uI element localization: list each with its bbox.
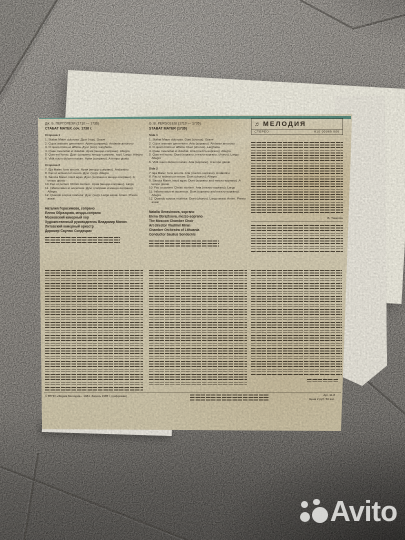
album-title-ru: СТАБАТ МАТЕР, соч. 1736 г. bbox=[45, 127, 143, 131]
side2-label-ru: Сторона 2 bbox=[45, 164, 143, 167]
column-russian: Дж. Б. ПЕРГОЛЕЗИ (1710 — 1736) СТАБАТ МА… bbox=[45, 112, 143, 243]
side1-label-en: Side 1 bbox=[149, 134, 247, 137]
footer-plant-info bbox=[190, 395, 269, 402]
footer-price: Цена 2 руб. 50 коп. bbox=[309, 398, 335, 402]
list-item: 5. Quis est homo. Дуэт (сопрано, меццо-с… bbox=[45, 153, 143, 157]
melodiya-emblem-icon: ♬ bbox=[255, 121, 261, 127]
list-item: 9. Sancta Mater, istud agas. Дуэт (сопра… bbox=[45, 175, 143, 182]
composer-line-en: G. B. PERGOLESI (1710 — 1736) bbox=[149, 122, 247, 126]
list-item: Дирижер Саулюс Сондецкис bbox=[45, 229, 143, 234]
annotation-body-col2 bbox=[149, 270, 247, 386]
album-title-en: STABAT MATER (1736) bbox=[149, 127, 247, 131]
column-english: G. B. PERGOLESI (1710 — 1736) STABAT MAT… bbox=[149, 112, 247, 247]
column-annotation: ♬ МЕЛОДИЯ СТЕРЕО А10 00069 006 В. Тимохи… bbox=[251, 112, 344, 253]
record-sleeve-back-cover: Дж. Б. ПЕРГОЛЕЗИ (1710 — 1736) СТАБАТ МА… bbox=[37, 112, 355, 432]
tracklist-ru-side1: 1. Stabat Mater dolorosa. Дуэт (хор). Gr… bbox=[45, 138, 143, 160]
list-item: 6. Vidit suum dulcem natum. Ария (сопран… bbox=[45, 157, 143, 161]
avito-logo-icon bbox=[301, 501, 308, 508]
avito-logo-icon bbox=[312, 507, 328, 523]
list-item: 10. Fac ut portem Christi mortem. Ария (… bbox=[45, 183, 143, 187]
stereo-label: СТЕРЕО bbox=[255, 131, 270, 134]
annotation-note-ru bbox=[251, 225, 343, 253]
footer-price-block: Арт. 11-8 Цена 2 руб. 50 коп. bbox=[309, 394, 335, 402]
tracklist-en-side2: 7. Eja Mater, fons amoris. Aria (mezzo-s… bbox=[149, 171, 247, 204]
melodiya-logo-box: ♬ МЕЛОДИЯ СТЕРЕО А10 00069 006 bbox=[251, 118, 343, 135]
performer-credits-ru: Наталия Герасимова, сопраноЕлена Образцо… bbox=[45, 207, 143, 234]
avito-watermark: Avito bbox=[293, 496, 405, 538]
list-item: 12. Quando corpus morietur. Дуэт (хор). … bbox=[45, 194, 143, 201]
footer-divider bbox=[44, 392, 341, 393]
list-item: 11. Inflammatus et accensus. Duet (sopra… bbox=[149, 190, 247, 197]
recording-credits-en bbox=[149, 241, 219, 247]
annotation-text-ru bbox=[251, 142, 343, 215]
composer-line-ru: Дж. Б. ПЕРГОЛЕЗИ (1710 — 1736) bbox=[45, 122, 143, 126]
list-item: 11. Inflammatus et accensus. Дуэт (сопра… bbox=[45, 186, 143, 193]
annotation-body-en bbox=[251, 270, 342, 376]
recording-credits-ru bbox=[45, 237, 120, 243]
catalog-number: А10 00069 006 bbox=[314, 131, 340, 134]
side1-label-ru: Сторона 1 bbox=[45, 134, 143, 137]
tracklist-en-side1: 1. Stabat Mater dolorosa. Duet (chorus).… bbox=[149, 138, 247, 164]
list-item: 12. Quando corpus morietur. Duet (chorus… bbox=[149, 197, 247, 204]
annotation-body-col1 bbox=[45, 270, 143, 391]
performer-credits-en: Natalia Gerasimova, sopranoElena Obrazts… bbox=[149, 210, 247, 237]
tracklist-ru-side2: 7. Eja Mater, fons amoris. Ария (меццо-с… bbox=[45, 168, 143, 201]
annotation-signature-en bbox=[307, 379, 339, 382]
melodiya-brand: МЕЛОДИЯ bbox=[263, 120, 306, 128]
annotation-signature-ru: В. Тимохин bbox=[251, 217, 343, 220]
avito-watermark-text: Avito bbox=[330, 496, 397, 529]
list-item: 5. Quis est homo. Duet (soprano, mezzo-s… bbox=[149, 153, 247, 160]
avito-logo-icon bbox=[300, 512, 310, 522]
avito-logo-icon bbox=[313, 499, 320, 506]
footer-copyright: © ВТПО «Фирма Мелодия», 1984. Запись 198… bbox=[45, 395, 127, 398]
list-item: 9. Sancta Mater, istud agas. Duet (sopra… bbox=[149, 179, 247, 186]
list-item: Conductor Saulius Sondeckis bbox=[149, 233, 247, 238]
side2-label-en: Side 2 bbox=[149, 167, 247, 170]
list-item: 10. Fac ut portem Christi mortem. Aria (… bbox=[149, 186, 247, 190]
photo-listing-image[interactable]: Дж. Б. ПЕРГОЛЕЗИ (1710 — 1736) СТАБАТ МА… bbox=[0, 0, 405, 540]
list-item: 6. Vidit suum dulcem natum. Aria (sopran… bbox=[149, 160, 247, 164]
